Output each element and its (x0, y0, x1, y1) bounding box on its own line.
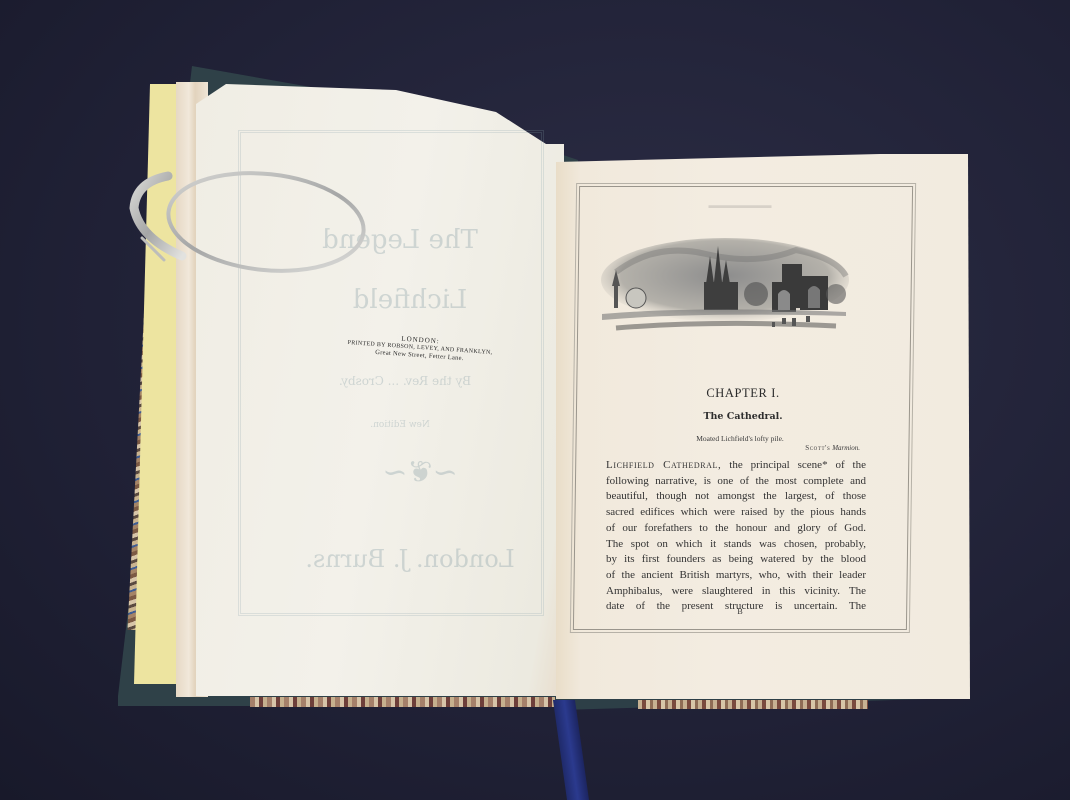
chapter-body-text: Lichfield Cathedral, the principal scene… (606, 458, 866, 615)
chapter-title: CHAPTER I. (598, 386, 888, 401)
body-line-3: beautiful, though not amongst the larges… (606, 489, 866, 505)
show-through-edition: New Edition. (360, 420, 440, 430)
chapter-subtitle: The Cathedral. (598, 411, 888, 422)
show-through-running-head: ▬▬▬▬▬▬▬ (590, 200, 890, 220)
body-line-5: of our forefathers to the honour and glo… (606, 521, 866, 537)
body-line-2: following narrative, is one of the most … (606, 474, 866, 490)
silver-bookmark-clip[interactable] (128, 160, 368, 290)
epigraph-source: Scott's Marmion. (700, 444, 860, 452)
body-line-4: sacred edifices which were raised by the… (606, 505, 866, 521)
marbled-bottom-edge-left (250, 697, 555, 707)
body-line-1: Lichfield Cathedral, the principal scene… (606, 458, 866, 474)
ribbon-bookmark[interactable] (553, 700, 589, 800)
epigraph-quote: Moated Lichfield's lofty pile. (640, 434, 840, 443)
body-lead-small-caps: Lichfield Cathedral, (606, 459, 721, 471)
body-line-8: of the ancient British martyrs, who, wit… (606, 568, 866, 584)
show-through-author: By the Rev. ... Crosby. (330, 374, 480, 388)
show-through-ornament: ~❦~ (350, 455, 490, 490)
marbled-bottom-edge-right (638, 700, 868, 709)
show-through-publisher: London. J. Burns. (300, 545, 520, 573)
epigraph-work: Marmion. (832, 444, 860, 452)
cathedral-engraving-illustration (596, 232, 854, 350)
body-line-6: The spot on which it stands was chosen, … (606, 537, 866, 553)
body-line-9: Amphibalus, were slaughtered in this vic… (606, 584, 866, 600)
signature-mark: B (730, 607, 750, 616)
epigraph-author: Scott's (805, 444, 830, 452)
body-line-7: by its first founders as being watered b… (606, 552, 866, 568)
